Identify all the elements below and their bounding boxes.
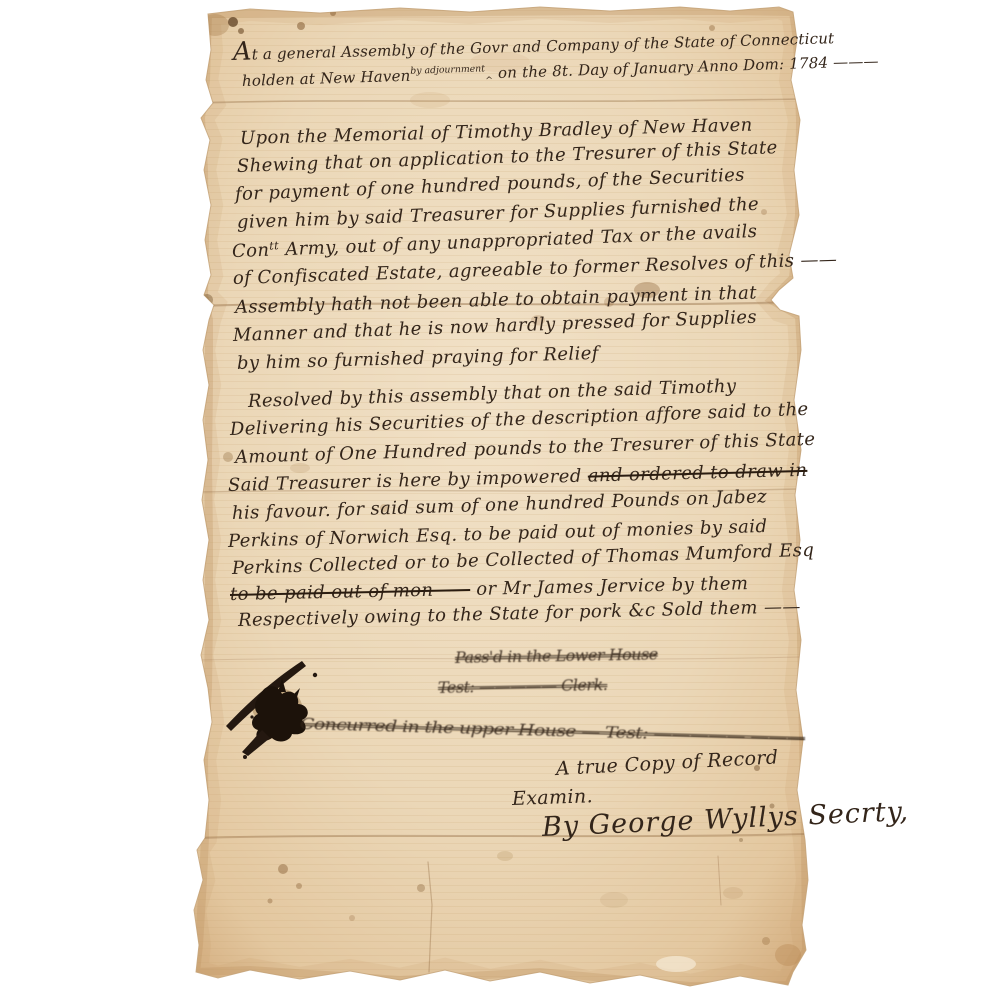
inserted-by-adjournment: by adjournment <box>410 63 485 76</box>
crossed-attestation-2: Test: ————— Clerk. <box>438 677 608 696</box>
cont-abbrev: Con <box>232 240 270 262</box>
document-photo: At a general Assembly of the Govr and Co… <box>0 0 1000 1000</box>
caret-mark: ^ <box>485 75 493 86</box>
crossed-attestation-1: Pass'd in the Lower House <box>455 646 658 666</box>
examined-line: Examin. <box>512 787 594 809</box>
